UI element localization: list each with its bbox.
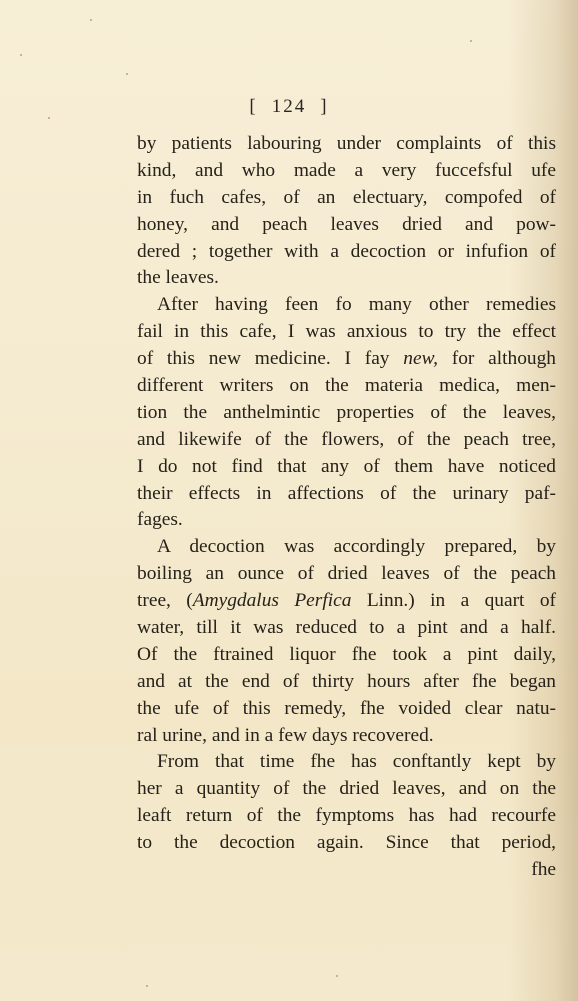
book-page: [124] by patients labouring under compla…: [0, 0, 578, 1001]
text-line: honey, and peach leaves dried and pow-: [137, 212, 556, 239]
bracket-close: ]: [320, 96, 328, 117]
paper-speck: [146, 985, 148, 987]
text-line: in fuch cafes, of an electuary, compofed…: [137, 185, 556, 212]
text-line: leaft return of the fymptoms has had rec…: [137, 803, 556, 830]
text-line: her a quantity of the dried leaves, and …: [137, 776, 556, 803]
text-line: fail in this cafe, I was anxious to try …: [137, 319, 556, 346]
text-segment: of this new medicine. I fay: [137, 348, 390, 369]
text-line: and likewife of the flowers, of the peac…: [137, 427, 556, 454]
text-line: boiling an ounce of dried leaves of the …: [137, 561, 556, 588]
text-line-mixed: tree, (Amygdalus Perfica Linn.) in a qua…: [137, 588, 556, 615]
paper-speck: [90, 19, 92, 21]
text-line: dered ; together with a decoction or inf…: [137, 239, 556, 266]
text-line: I do not find that any of them have noti…: [137, 454, 556, 481]
text-line: After having feen fo many other remedies: [137, 292, 556, 319]
text-line: the ufe of this remedy, fhe voided clear…: [137, 696, 556, 723]
text-line: the leaves.: [137, 265, 556, 292]
paper-speck: [470, 40, 472, 42]
text-line: fages.: [137, 507, 556, 534]
text-line-mixed: of this new medicine. I fay new, for alt…: [137, 346, 556, 373]
text-line: Of the ftrained liquor fhe took a pint d…: [137, 642, 556, 669]
page-number-header: [124]: [0, 96, 578, 118]
text-line: by patients labouring under complaints o…: [137, 131, 556, 158]
text-line: tion the anthelmintic properties of the …: [137, 400, 556, 427]
text-segment: Linn.) in a quart of: [367, 590, 556, 611]
italic-emphasis: new,: [403, 348, 438, 369]
catchword: fhe: [137, 857, 556, 884]
species-name: Amygdalus Perfica: [193, 590, 352, 611]
text-segment: tree, (: [137, 590, 193, 611]
text-line: their effects in affections of the urina…: [137, 481, 556, 508]
body-text: by patients labouring under complaints o…: [137, 131, 556, 884]
text-segment: for although: [452, 348, 556, 369]
text-line: A decoction was accordingly prepared, by: [137, 534, 556, 561]
text-line: ral urine, and in a few days recovered.: [137, 723, 556, 750]
text-line: different writers on the materia medica,…: [137, 373, 556, 400]
text-line: and at the end of thirty hours after fhe…: [137, 669, 556, 696]
paper-speck: [20, 54, 22, 56]
paper-speck: [336, 975, 338, 977]
text-line: From that time fhe has conftantly kept b…: [137, 749, 556, 776]
text-line: to the decoction again. Since that perio…: [137, 830, 556, 857]
bracket-open: [: [249, 96, 257, 117]
page-number: 124: [272, 96, 307, 117]
text-line: kind, and who made a very fuccefsful ufe: [137, 158, 556, 185]
paper-speck: [126, 73, 128, 75]
text-line: water, till it was reduced to a pint and…: [137, 615, 556, 642]
